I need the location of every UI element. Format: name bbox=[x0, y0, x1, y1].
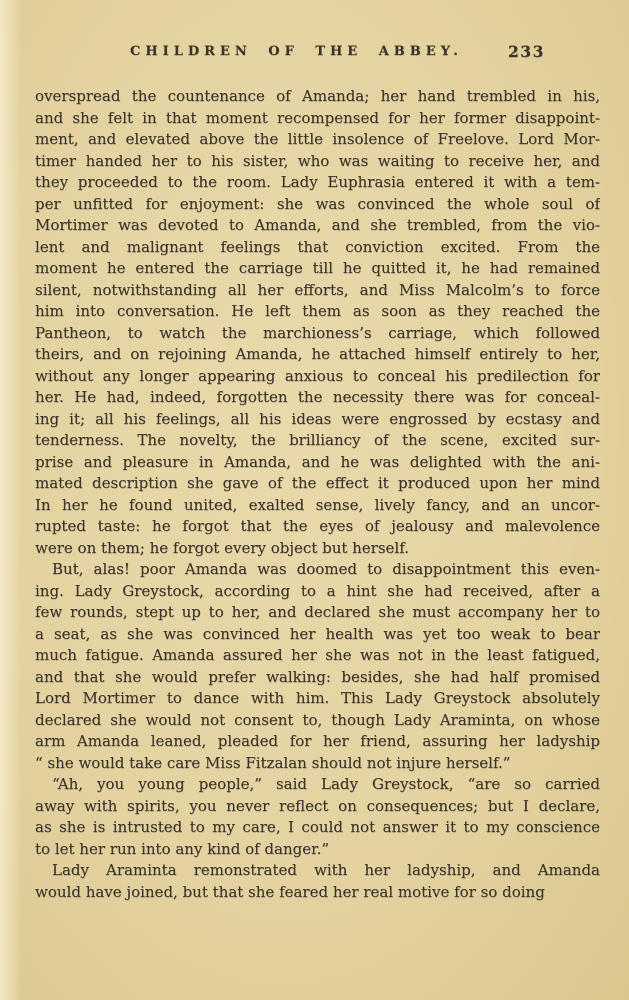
text-line: moment he entered the carriage till he q… bbox=[35, 258, 600, 280]
text-line: theirs, and on rejoining Amanda, he atta… bbox=[35, 344, 600, 366]
text-line: declared she would not consent to, thoug… bbox=[35, 710, 600, 732]
text-line: much fatigue. Amanda assured her she was… bbox=[35, 645, 600, 667]
text-line: But, alas! poor Amanda was doomed to dis… bbox=[35, 559, 600, 581]
header-title: CHILDREN OF THE ABBEY. bbox=[130, 44, 440, 59]
text-line: “ she would take care Miss Fitzalan shou… bbox=[35, 753, 600, 775]
text-line: arm Amanda leaned, pleaded for her frien… bbox=[35, 731, 600, 753]
text-line: as she is intrusted to my care, I could … bbox=[35, 817, 600, 839]
text-block: overspread the countenance of Amanda; he… bbox=[35, 86, 600, 903]
running-header: CHILDREN OF THE ABBEY. 233 bbox=[0, 44, 629, 66]
text-line: him into conversation. He left them as s… bbox=[35, 301, 600, 323]
text-line: and that she would prefer walking: besid… bbox=[35, 667, 600, 689]
text-line: they proceeded to the room. Lady Euphras… bbox=[35, 172, 600, 194]
text-line: “Ah, you young people,” said Lady Greyst… bbox=[35, 774, 600, 796]
text-line: tenderness. The novelty, the brilliancy … bbox=[35, 430, 600, 452]
text-line: and she felt in that moment recompensed … bbox=[35, 108, 600, 130]
text-line: lent and malignant feelings that convict… bbox=[35, 237, 600, 259]
text-line: Lord Mortimer to dance with him. This La… bbox=[35, 688, 600, 710]
text-line: ment, and elevated above the little inso… bbox=[35, 129, 600, 151]
text-line: a seat, as she was convinced her health … bbox=[35, 624, 600, 646]
text-line: without any longer appearing anxious to … bbox=[35, 366, 600, 388]
text-line: per unfitted for enjoyment: she was conv… bbox=[35, 194, 600, 216]
book-page: CHILDREN OF THE ABBEY. 233 overspread th… bbox=[0, 0, 629, 1000]
text-line: to let her run into any kind of danger.” bbox=[35, 839, 600, 861]
text-line: Mortimer was devoted to Amanda, and she … bbox=[35, 215, 600, 237]
text-line: rupted taste: he forgot that the eyes of… bbox=[35, 516, 600, 538]
text-line: mated description she gave of the effect… bbox=[35, 473, 600, 495]
text-line: prise and pleasure in Amanda, and he was… bbox=[35, 452, 600, 474]
text-line: Lady Araminta remonstrated with her lady… bbox=[35, 860, 600, 882]
text-line: In her he found united, exalted sense, l… bbox=[35, 495, 600, 517]
text-line: would have joined, but that she feared h… bbox=[35, 882, 600, 904]
text-line: her. He had, indeed, forgotten the neces… bbox=[35, 387, 600, 409]
text-line: few rounds, stept up to her, and declare… bbox=[35, 602, 600, 624]
text-line: ing it; all his feelings, all his ideas … bbox=[35, 409, 600, 431]
text-line: timer handed her to his sister, who was … bbox=[35, 151, 600, 173]
text-line: Pantheon, to watch the marchioness’s car… bbox=[35, 323, 600, 345]
text-line: ing. Lady Greystock, according to a hint… bbox=[35, 581, 600, 603]
text-line: were on them; he forgot every object but… bbox=[35, 538, 600, 560]
page-number: 233 bbox=[508, 42, 548, 61]
text-line: silent, notwithstanding all her efforts,… bbox=[35, 280, 600, 302]
text-line: overspread the countenance of Amanda; he… bbox=[35, 86, 600, 108]
text-line: away with spirits, you never reflect on … bbox=[35, 796, 600, 818]
